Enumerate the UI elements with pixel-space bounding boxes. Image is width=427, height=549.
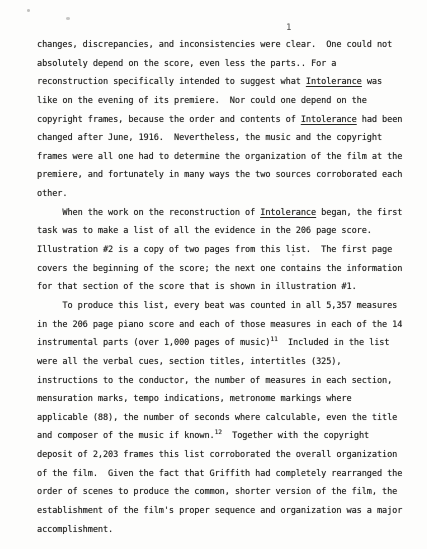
text-line: for that section of the score that is sh… (37, 278, 415, 297)
footnote-reference: 11 (270, 336, 277, 343)
text-line: order of scenes to produce the common, s… (37, 483, 415, 502)
text-line: covers the beginning of the score; the n… (37, 260, 415, 279)
text-line: were all the verbal cues, section titles… (37, 353, 415, 372)
document-page: 1 changes, discrepancies, and inconsiste… (0, 0, 427, 549)
text-line: changes, discrepancies, and inconsistenc… (37, 36, 415, 55)
text-line: reconstruction specifically intended to … (37, 73, 415, 92)
text-line: deposit of 2,203 frames this list corrob… (37, 446, 415, 465)
text-line: premiere, and fortunately in many ways t… (37, 166, 415, 185)
paragraph: changes, discrepancies, and inconsistenc… (37, 36, 415, 204)
page-number: 1 (286, 23, 291, 33)
text-line: changed after June, 1916. Nevertheless, … (37, 129, 415, 148)
text-line: instrumental parts (over 1,000 pages of … (37, 334, 415, 353)
underlined-film-title: Intolerance (260, 208, 316, 218)
text-line: like on the evening of its premiere. Nor… (37, 92, 415, 111)
footnote-reference: 12 (215, 430, 222, 437)
text-line: accomplishment. (37, 521, 415, 540)
underlined-film-title: Intolerance (306, 77, 362, 87)
text-line: task was to make a list of all the evide… (37, 222, 415, 241)
text-line: applicable (88), the number of seconds w… (37, 409, 415, 428)
text-line: frames were all one had to determine the… (37, 148, 415, 167)
text-line: When the work on the reconstruction of I… (37, 204, 415, 223)
text-line: of the film. Given the fact that Griffit… (37, 465, 415, 484)
paragraph: To produce this list, every beat was cou… (37, 297, 415, 539)
scan-speck (27, 9, 30, 12)
text-line: instructions to the conductor, the numbe… (37, 372, 415, 391)
text-line: establishment of the film's proper seque… (37, 502, 415, 521)
underlined-film-title: Intolerance (301, 115, 357, 125)
text-line: in the 206 page piano score and each of … (37, 316, 415, 335)
text-line: absolutely depend on the score, even les… (37, 55, 415, 74)
text-line: copyright frames, because the order and … (37, 111, 415, 130)
paragraph: When the work on the reconstruction of I… (37, 204, 415, 297)
text-line: To produce this list, every beat was cou… (37, 297, 415, 316)
text-block: changes, discrepancies, and inconsistenc… (37, 36, 415, 539)
text-line: mensuration marks, tempo indications, me… (37, 390, 415, 409)
text-line: and composer of the music if known.12 To… (37, 427, 415, 446)
text-line: Illustration #2 is a copy of two pages f… (37, 241, 415, 260)
text-line: other. (37, 185, 415, 204)
scan-speck (66, 17, 70, 20)
